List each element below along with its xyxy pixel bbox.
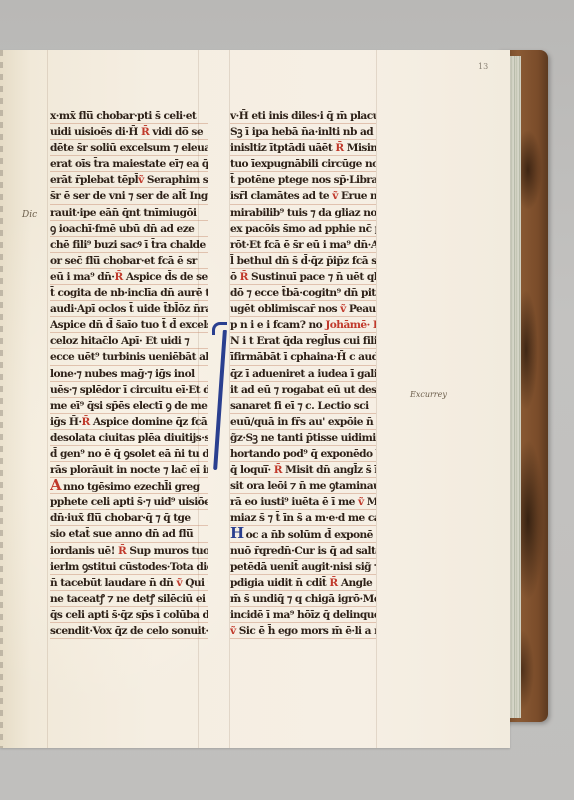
text-line: ṽ Sic ē h̄ ego mors m̄ ē·li a n̄ ego n̄ xyxy=(230,623,376,639)
text-line: q̄ loqui̅· R̄ Misit dn̄ angl̄z s̄ ī adu xyxy=(230,462,376,478)
text-line: chē fili⁹ buzi sacꝰ ī t̄ra chalde xyxy=(50,237,208,253)
text-line: p n i e i fcam? no Johāmē· E xyxy=(230,317,376,333)
text-line: t̄ potēne ptege nos sp̄·Libra nos dn̄ xyxy=(230,172,376,188)
text-line: ne taceatꝭ ⁊ ne detꝭ silēciū ei Ibi ita xyxy=(50,591,208,607)
ruling-line xyxy=(376,50,377,748)
text-line: N i t Erat q̄da regl̄us cui fili⁹ xyxy=(230,333,376,349)
text-line: rās plorāuit in nocte ⁊ lac̄ eī in maxil… xyxy=(50,462,208,478)
left-text-column: x·mx̄ flu̅ chobar·pti s̄ celi·etuidi uis… xyxy=(50,108,208,639)
text-line: Aspice dn̄ d̄ s̄aīo tuo t̄ d̄ excelso xyxy=(50,317,208,333)
folio-number: 13 xyxy=(478,62,488,71)
text-line: v·H̄ eti inis diles·i q̄ m̄ placuit xyxy=(230,108,376,124)
text-line: mirabilib⁹ tuis ⁊ da gliaz noī tuo Sed xyxy=(230,205,376,221)
text-line: ō R̄ Sustinuī pace ⁊ n̄ uēt qlūi xyxy=(230,269,376,285)
text-line: x·mx̄ flu̅ chobar·pti s̄ celi·et xyxy=(50,108,208,124)
text-line: s̄r ē ser de vni ⁊ ser de alt̄ Ingn xyxy=(50,188,208,204)
illuminated-initial-i xyxy=(212,322,226,470)
text-line: d̄ gen⁹ no ē q̄ ꝯsolet eā n̄i tu dn̄ṽ pl… xyxy=(50,446,208,462)
text-line: t̄ cogita de nb·inclīa dn̄ aurē tuā xyxy=(50,285,208,301)
text-line: nuō r̄qredn̄·Cur is q̄ ad saltē xyxy=(230,543,376,559)
text-line: Sꝫ ī ipa hebā n̄a·inlti nb ad xyxy=(230,124,376,140)
text-line: dō ⁊ ecce t̄bā·cogitn⁹ dn̄ pita n̄ra·No xyxy=(230,285,376,301)
text-line: inisltiz ītptādi uāēt R̄ Misimo xyxy=(230,140,376,156)
text-line: petēdā uenit̄ augit·nisi sig̃ ⁊ xyxy=(230,559,376,575)
text-line: iordanis uē! R̄ Sup muros tuos xyxy=(50,543,208,559)
text-line: Anno tgēsimo ezechl̄i greg xyxy=(50,478,208,494)
text-line: rā eo iusti⁹ iuēta ē ī me ṽ Misit dn̄ xyxy=(230,494,376,510)
text-line: tuo īexpugnābili circūge nos dn̄ ⁊ armis xyxy=(230,156,376,172)
margin-note-right: Excurrey xyxy=(410,390,447,399)
text-line: celoz hitac̄lo Apī· Et uidi ⁊ xyxy=(50,333,208,349)
text-line: dēte s̄r soliū excelsum ⁊ eleuatū·et plē xyxy=(50,140,208,156)
text-line: q̄z ī adueniret a iudea ī galileā·abi xyxy=(230,366,376,382)
text-line: erāt r̄plebat tēpl̄ṽ Seraphim stabāt xyxy=(50,172,208,188)
text-line: l̄ bethul dn̄ s̄ d̄·q̄z p̄ip̄z fcā s xyxy=(230,253,376,269)
text-line: m̄ s̄ undiq̄ ⁊ q chigā igrō·Melī ē m xyxy=(230,591,376,607)
text-line: iḡs H̄·R̄ Aspice domine q̄z fcā ē xyxy=(50,414,208,430)
text-line: eū i ma⁹ dn̄·R̄ Aspice d̄s de sedē sca xyxy=(50,269,208,285)
text-line: ex pacōis s̄mo ad pphie nc̄ p̄nas xyxy=(230,221,376,237)
text-line: g̃z·Sꝫ ne tanti p̄tisse uidimi ex xyxy=(230,430,376,446)
text-line: or sec̄ flu̅ chobar·et fcā ē sr xyxy=(50,253,208,269)
text-line: incidē ī ma⁹ hōīz q̄ delinque lege di mi xyxy=(230,607,376,623)
text-line: uidi uisioēs di·H̄ R̄ vidi do̅ se xyxy=(50,124,208,140)
text-line: erat oīs t̄ra maiestate eī⁊ ea q̄ sb ipō xyxy=(50,156,208,172)
text-line: ierlm ꝯstitui cūstodes·Tota die ⁊ nocte xyxy=(50,559,208,575)
text-line: dn̄·iux̄ flu̅ chobar·q̄ ⁊ q̄ tge xyxy=(50,510,208,526)
text-line: uēs·⁊ splēdor ī circuitu eī·Et de xyxy=(50,382,208,398)
text-line: desolata ciuitas plēa diuitijs·sedꝫ ī tr… xyxy=(50,430,208,446)
text-line: q̄s celi apti s̄·q̄z sp̄s ī colūba de xyxy=(50,607,208,623)
text-line: īfirmābāt ī cphaina·H̄ c audisset xyxy=(230,349,376,365)
text-line: rōt·Et fcā ē s̄r eū i ma⁹ dn̄·Aia xyxy=(230,237,376,253)
text-line: audi·Apī oclos t̄ uide t̄bl̄ōz n̄raz·ṽ xyxy=(50,301,208,317)
text-line: sanaret fi eī ⁊ c. Lectio sci xyxy=(230,398,376,414)
text-line: sit ora leōi ⁊ n̄ me ꝯtaminauit·q̄ coo xyxy=(230,478,376,494)
text-line: miaz s̄ ⁊ t̄ īn s̄ a m·e·d me ca leo xyxy=(230,510,376,526)
text-line: ecce uēt⁹ turbinis ueniēbāt ab aq̄ xyxy=(50,349,208,365)
gutter-stitching xyxy=(0,50,3,748)
text-line: sio etat̄ sue anno dn̄ ad flu̅ xyxy=(50,526,208,542)
text-line: n̄ tacebūt laudare n̄ dn̄ ṽ Qui reminisc… xyxy=(50,575,208,591)
text-line: ꝯ ioachī·fmē ubū dn̄ ad eze xyxy=(50,221,208,237)
text-line: ugēt oblimiscar̄ nos ṽ Peaui d̄r xyxy=(230,301,376,317)
initial-stem xyxy=(213,330,227,470)
text-line: it ad eū ⁊ rogabat eū ut descēderet ⁊ xyxy=(230,382,376,398)
text-line: lone·⁊ nubes maḡ·⁊ iḡs inol xyxy=(50,366,208,382)
text-line: rauit·ipe eān̄ q̄nt tnīmiugōi xyxy=(50,205,208,221)
ruling-line xyxy=(47,50,48,748)
text-line: euū/quā in fr̄s au' expōie n̄ di xyxy=(230,414,376,430)
margin-note-left: Dic xyxy=(22,210,37,220)
right-text-column: v·H̄ eti inis diles·i q̄ m̄ placuitSꝫ ī … xyxy=(230,108,376,639)
text-line: scendit·Vox q̄z de celo sonuit· xyxy=(50,623,208,639)
text-line: isr̄l clamātes ad te ṽ Erue nos dn̄ in xyxy=(230,188,376,204)
text-line: me eī⁹ q̄si sp̄ēs electī ꝯ de me xyxy=(50,398,208,414)
text-line: pdigia uidit n̄ cdit̄ R̄ Angle xyxy=(230,575,376,591)
text-line: Hoc a n̄b solūm d̄ exponē ē xyxy=(230,526,376,542)
text-line: hortando pod⁹ q̄ exponēdo ī ca a xyxy=(230,446,376,462)
text-line: pphete celi apti s̄·⁊ uid⁹ uisiōes xyxy=(50,494,208,510)
